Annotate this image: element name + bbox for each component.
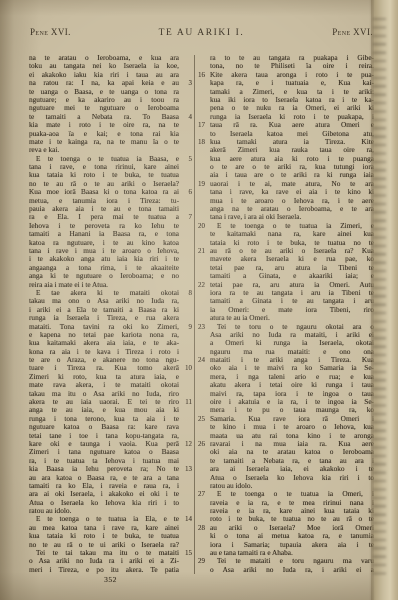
verse-number — [179, 356, 192, 364]
verse-number — [179, 566, 192, 574]
verse-number: 7 — [179, 213, 192, 221]
verse-number — [197, 306, 210, 314]
verse-number — [197, 499, 210, 507]
verse-number — [197, 239, 210, 247]
verse-number: 29 — [197, 557, 210, 565]
verse-number — [179, 272, 192, 280]
verse-text: o Asa ariki no Iuda ra, i ariki ei a — [210, 566, 374, 574]
verse-number — [179, 62, 192, 70]
right-column: ra to te au tangata ra puakapa i Gibe-to… — [197, 54, 374, 574]
verse-number — [197, 289, 210, 297]
verse-number — [179, 197, 192, 205]
verse-number: 21 — [197, 247, 210, 255]
verse-number — [197, 213, 210, 221]
verse-number: 9 — [179, 323, 192, 331]
verse-number — [197, 155, 210, 163]
verse-number — [197, 465, 210, 473]
verse-number: 13 — [179, 465, 192, 473]
verse-number — [179, 507, 192, 515]
verse-number — [179, 541, 192, 549]
verse-number: 16 — [197, 71, 210, 79]
verse-number — [179, 96, 192, 104]
verse-number — [197, 54, 210, 62]
verse-number — [179, 239, 192, 247]
verse-number — [197, 532, 210, 540]
verse-number — [179, 348, 192, 356]
verse-number — [197, 197, 210, 205]
verse-number — [197, 314, 210, 322]
verse-number — [179, 339, 192, 347]
verse-number: 17 — [197, 121, 210, 129]
verse-number — [197, 515, 210, 523]
verse-number — [179, 314, 192, 322]
verse-number — [179, 490, 192, 498]
verse-number — [179, 557, 192, 565]
verse-number — [179, 130, 192, 138]
header-chapter-left: Pene XVI. — [30, 27, 118, 37]
verse-number — [179, 104, 192, 112]
verse-number — [179, 71, 192, 79]
verse-number — [197, 339, 210, 347]
verse-number — [197, 364, 210, 372]
header-book-title: TE AU ARIKI I. — [118, 28, 285, 38]
verse-number — [197, 264, 210, 272]
verse-number — [179, 390, 192, 398]
verse-number: 22 — [197, 281, 210, 289]
verse-number — [197, 549, 210, 557]
verse-number — [197, 146, 210, 154]
verse-number — [179, 499, 192, 507]
verse-number — [179, 406, 192, 414]
verse-number — [179, 381, 192, 389]
verse-number — [179, 448, 192, 456]
verse-number — [197, 398, 210, 406]
column-divider-rule — [194, 55, 195, 574]
verse-number — [197, 79, 210, 87]
verse-number — [197, 205, 210, 213]
text-line: meri i Tireza, e po itu akera. Te patia — [29, 566, 192, 574]
verse-number — [197, 373, 210, 381]
verse-number: 3 — [179, 79, 192, 87]
verse-number: 27 — [197, 490, 210, 498]
verse-number: 18 — [197, 138, 210, 146]
verse-number — [179, 205, 192, 213]
verse-number — [197, 96, 210, 104]
verse-number — [197, 507, 210, 515]
verse-number — [197, 230, 210, 238]
verse-number — [179, 255, 192, 263]
text-columns: na te aratau o Ieroboama, e kua aratoku … — [29, 54, 374, 574]
verse-number — [197, 88, 210, 96]
verse-number: 4 — [179, 113, 192, 121]
verse-number — [197, 390, 210, 398]
verse-number — [179, 138, 192, 146]
verse-number — [179, 222, 192, 230]
verse-number: 12 — [179, 440, 192, 448]
verse-number — [197, 448, 210, 456]
verse-number — [179, 532, 192, 540]
verse-number — [197, 381, 210, 389]
verse-number — [197, 62, 210, 70]
verse-number — [197, 482, 210, 490]
verse-number — [197, 423, 210, 431]
verse-number: 5 — [179, 155, 192, 163]
verse-number — [197, 113, 210, 121]
verse-number — [197, 541, 210, 549]
verse-number — [179, 54, 192, 62]
page-number: 352 — [29, 575, 192, 584]
verse-number — [197, 297, 210, 305]
verse-number — [179, 163, 192, 171]
verse-number: 6 — [179, 188, 192, 196]
verse-number: 11 — [179, 398, 192, 406]
verse-number — [179, 171, 192, 179]
verse-number: 20 — [197, 222, 210, 230]
verse-number — [179, 88, 192, 96]
verse-number — [197, 331, 210, 339]
verse-number: 25 — [197, 415, 210, 423]
verse-number — [197, 255, 210, 263]
verse-number — [197, 457, 210, 465]
verse-number — [197, 188, 210, 196]
verse-number: 14 — [179, 515, 192, 523]
running-header: Pene XVI. TE AU ARIKI I. Pene XVI. — [30, 27, 373, 38]
verse-number — [197, 104, 210, 112]
header-chapter-right: Pene XVI. — [285, 27, 373, 37]
verse-number — [179, 432, 192, 440]
verse-number: 23 — [197, 323, 210, 331]
verse-number — [179, 423, 192, 431]
verse-number — [179, 482, 192, 490]
verse-number — [179, 524, 192, 532]
verse-number — [197, 566, 210, 574]
left-column: na te aratau o Ieroboama, e kua aratoku … — [29, 54, 192, 574]
verse-number — [197, 432, 210, 440]
verse-number: 10 — [179, 364, 192, 372]
verse-number — [197, 474, 210, 482]
verse-number — [179, 373, 192, 381]
verse-number — [179, 297, 192, 305]
verse-number: 28 — [197, 524, 210, 532]
verse-number — [197, 130, 210, 138]
verse-number — [179, 281, 192, 289]
verse-text: meri i Tireza, e po itu akera. Te patia — [29, 566, 179, 574]
verse-number — [197, 171, 210, 179]
next-page-blurred-text — [373, 18, 386, 578]
verse-number — [197, 163, 210, 171]
text-line: o Asa ariki no Iuda ra, i ariki ei a — [197, 566, 374, 574]
verse-number — [179, 457, 192, 465]
verse-number — [179, 306, 192, 314]
book-page-photo: Pene XVI. TE AU ARIKI I. Pene XVI. na te… — [0, 0, 398, 600]
verse-number: 19 — [197, 180, 210, 188]
verse-number — [179, 247, 192, 255]
verse-number — [179, 230, 192, 238]
verse-number: 8 — [179, 289, 192, 297]
verse-number — [197, 406, 210, 414]
verse-number — [179, 146, 192, 154]
next-page-curl-edge — [371, 0, 398, 600]
verse-number — [197, 272, 210, 280]
verse-number — [179, 264, 192, 272]
verse-number — [179, 121, 192, 129]
verse-number — [179, 415, 192, 423]
verse-number: 15 — [179, 549, 192, 557]
verse-number — [179, 180, 192, 188]
verse-number — [179, 331, 192, 339]
verse-number — [197, 348, 210, 356]
verse-number: 26 — [197, 440, 210, 448]
verse-number — [179, 474, 192, 482]
verse-number: 24 — [197, 356, 210, 364]
